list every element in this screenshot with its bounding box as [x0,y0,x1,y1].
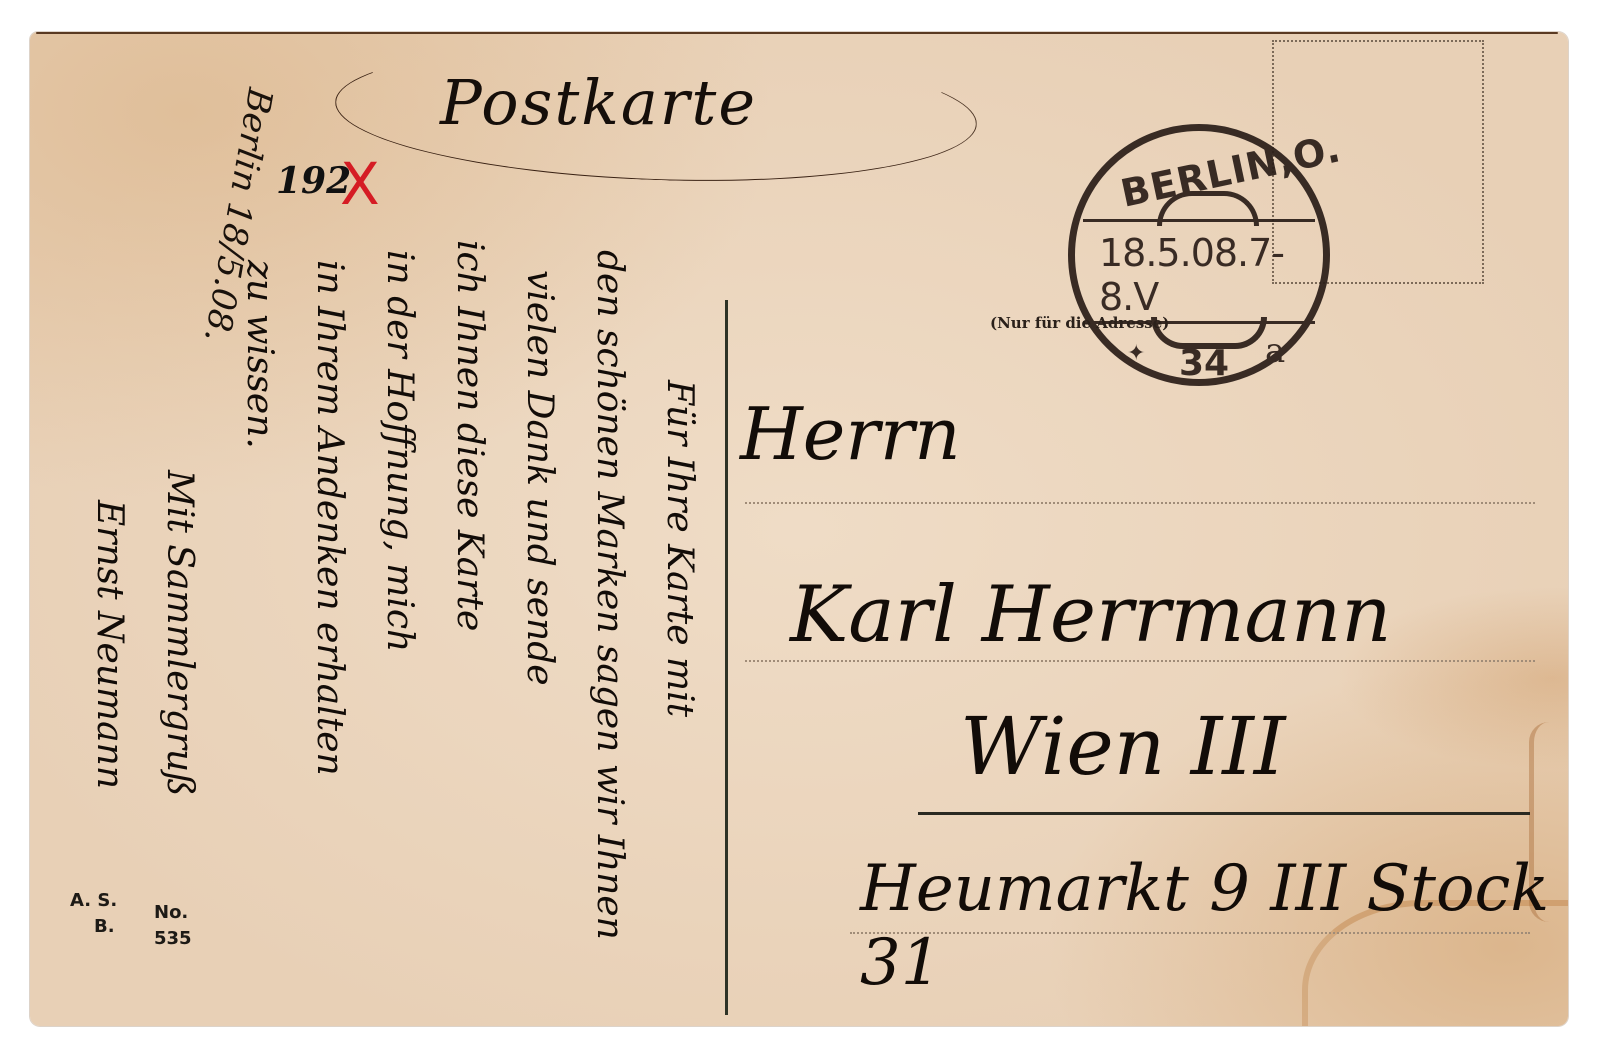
recipient-city: Wien III [960,700,1286,793]
red-x-mark: X [340,150,380,218]
message-signature: Ernst Neumann [89,500,130,789]
recipient-name: Karl Herrmann [790,570,1392,660]
message-line: ich Ihnen diese Karte [449,240,490,631]
publisher-line2: B. [70,914,117,940]
address-line [745,660,1535,662]
address-line [745,502,1535,504]
address-line-solid [918,812,1530,815]
publisher-number: No. 535 [154,900,192,952]
message-line: vielen Dank und sende [519,270,560,686]
publisher-line1: A. S. [70,888,117,914]
message-line: Mit Sammlergruß [159,470,200,796]
card-title: Postkarte [440,66,757,139]
recipient-street: Heumarkt 9 III Stock 31 [860,852,1600,1000]
message-line: in Ihrem Andenken erhalten [309,260,350,776]
message-line: Für Ihre Karte mit [659,380,700,717]
postmark-suffix: a [1265,331,1285,371]
vertical-divider [725,300,728,1015]
postmark-office-number: 34 [1179,343,1229,384]
recipient-salutation: Herrn [740,392,961,476]
postmark: BERLIN,O. 18.5.08.7-8.V ✦ 34 a [1068,124,1330,386]
message-line: in der Hoffnung, mich [379,250,420,652]
publisher-mark: A. S. B. No. 535 [70,888,117,940]
message-line: den schönen Marken sagen wir Ihnen [589,250,630,940]
address-line [850,932,1530,934]
address-note: (Nur für die Adresse) [990,314,1169,332]
postmark-bar [1083,219,1315,222]
postmark-date: 18.5.08.7-8.V [1099,231,1323,319]
postmark-star-icon: ✦ [1127,341,1145,366]
message-line: zu wissen. [239,260,280,449]
